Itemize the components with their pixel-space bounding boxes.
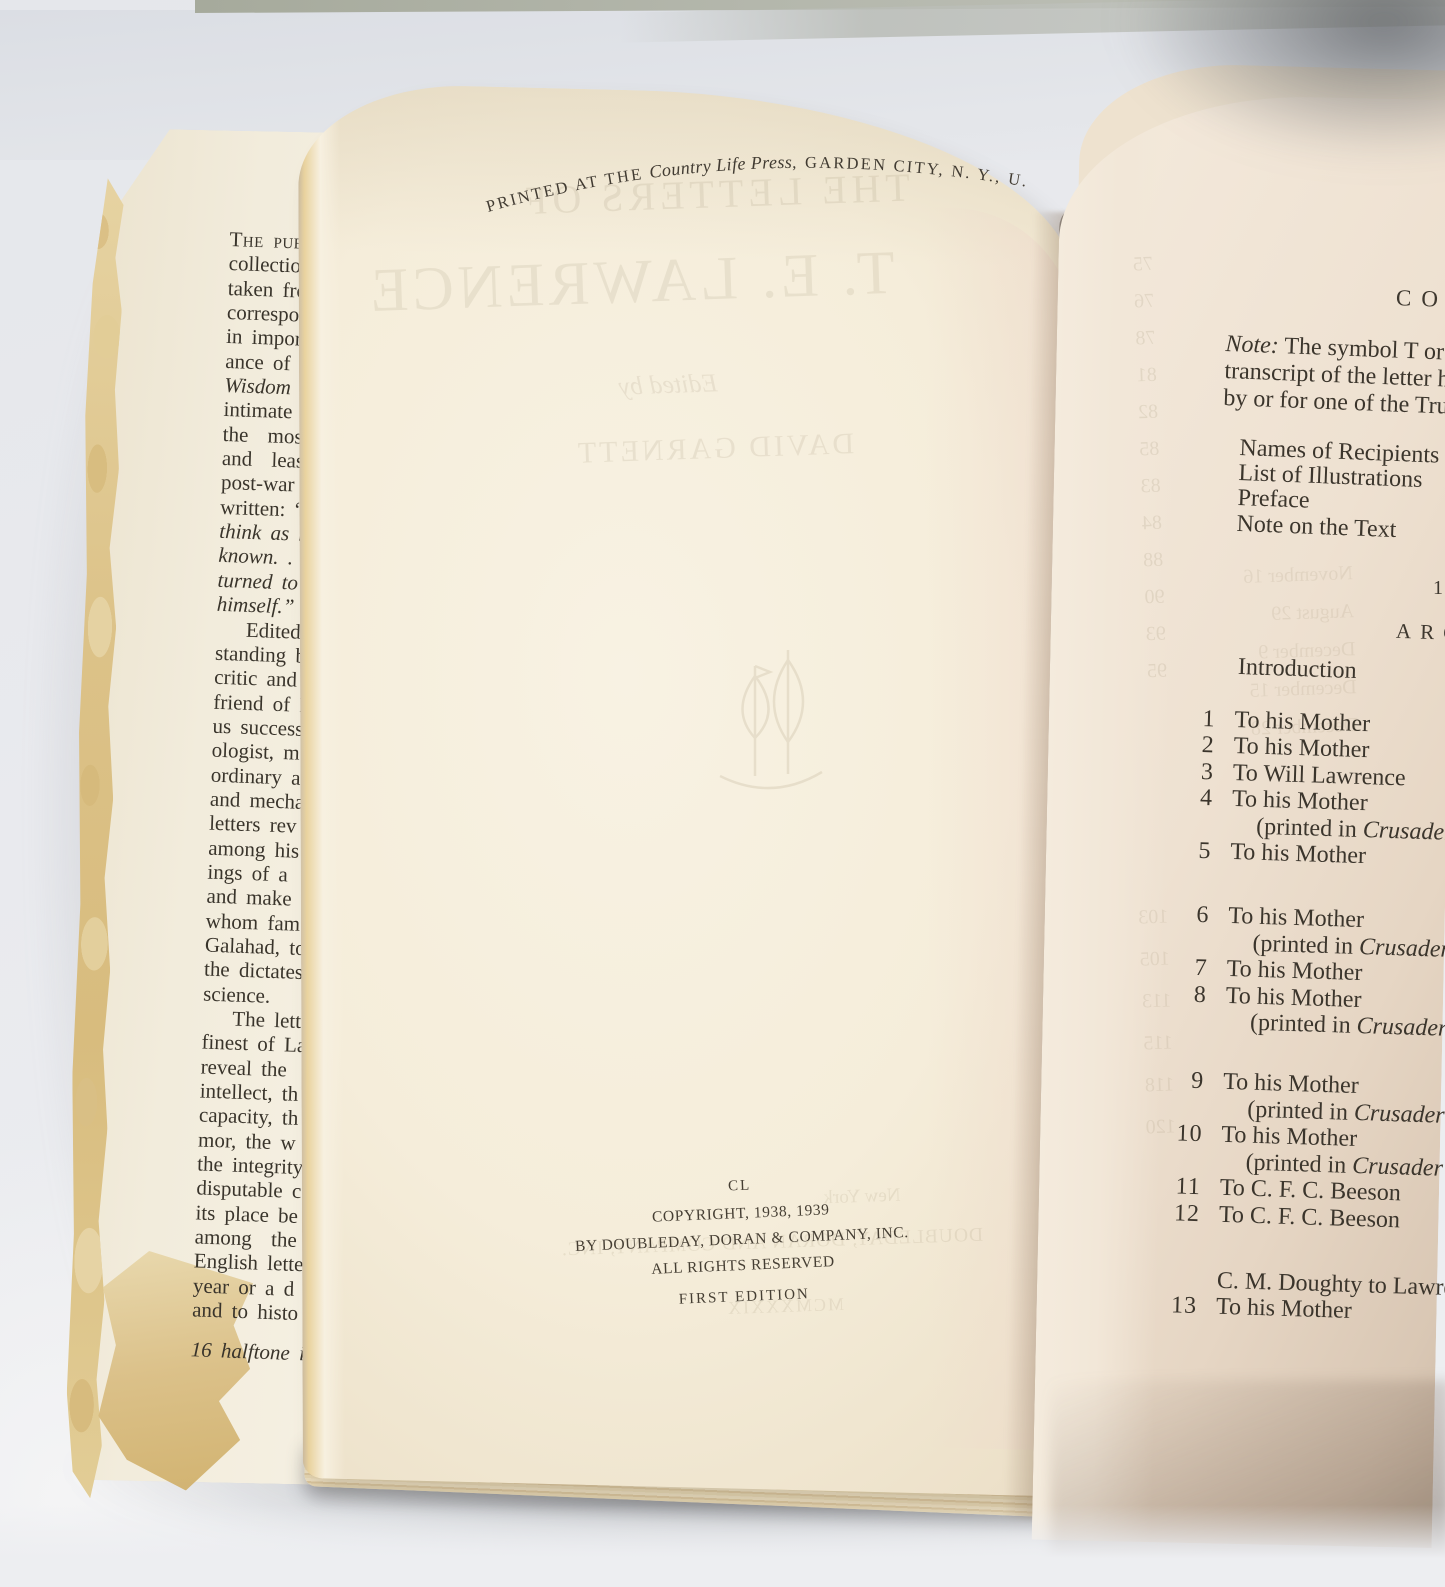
contents-note: Note: The symbol T or C transcript of th…: [1223, 331, 1445, 421]
svg-text:PRINTED AT THE Country Life Pr: PRINTED AT THE Country Life Press, GARDE…: [452, 126, 1037, 216]
front-matter-list: Names of Recipients in A List of Illustr…: [1236, 436, 1445, 546]
show-through-edited-by: Edited by: [598, 368, 739, 403]
table-bottom-surface: [0, 1505, 1445, 1587]
ship-colophon-ghost: [700, 626, 845, 816]
section-heading-fragment: ARC: [1396, 619, 1445, 646]
note-label: Note:: [1225, 331, 1279, 359]
contents-entry-list: 1To his Mother 2To his Mother 3To Will L…: [1153, 705, 1445, 1329]
part-number-fragment: 1: [1433, 577, 1443, 600]
open-book-photo: The pub collection taken fro correspon i…: [0, 0, 1445, 1587]
printer-imprint-press: Country Life Press: [648, 152, 792, 182]
top-right-shadow: [1120, 0, 1445, 160]
rights-line: ALL RIGHTS RESERVED: [568, 1250, 918, 1283]
printer-imprint-arc: PRINTED AT THE Country Life Press, GARDE…: [452, 126, 1052, 231]
copyright-block: CL COPYRIGHT, 1938, 1939 BY DOUBLEDAY, D…: [564, 1171, 919, 1314]
printer-imprint-prefix: PRINTED AT THE: [484, 163, 651, 216]
introduction-entry: Introduction: [1238, 654, 1358, 685]
contents-heading-fragment: CO: [1396, 285, 1445, 313]
